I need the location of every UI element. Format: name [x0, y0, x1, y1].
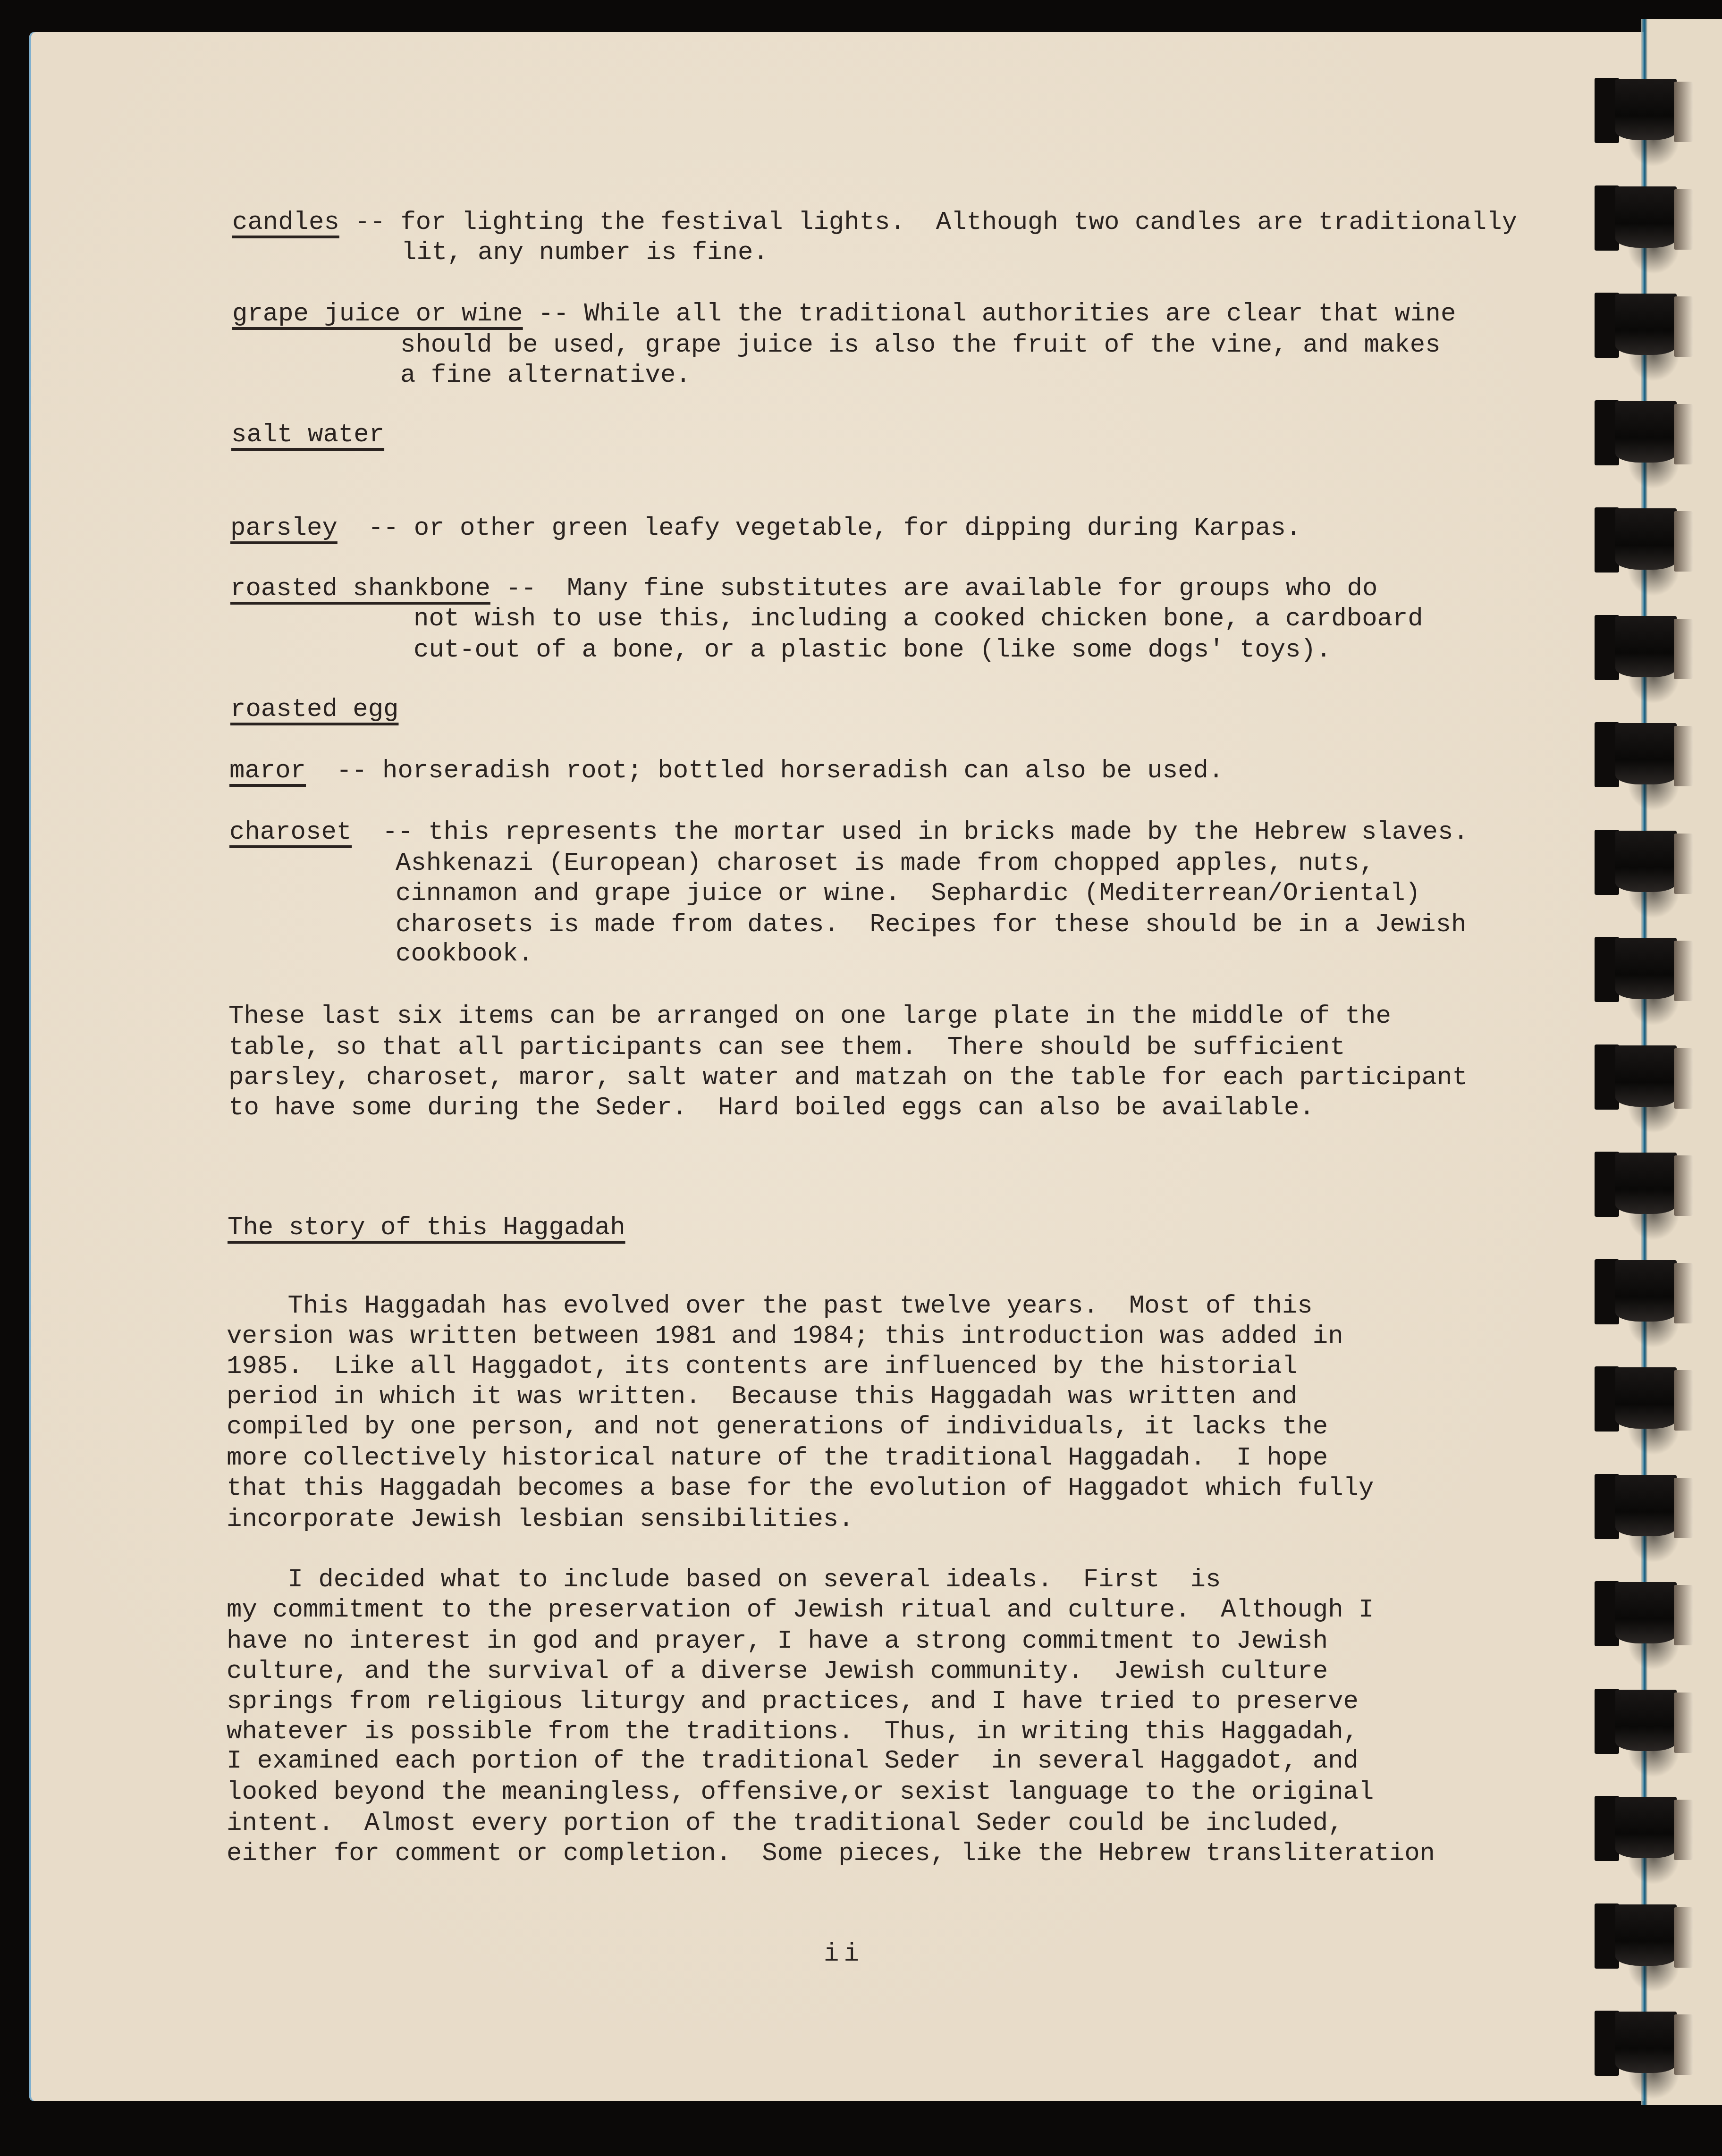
item-description-cont: a fine alternative. — [400, 361, 691, 391]
page-number: ii — [824, 1940, 864, 1969]
paragraph-line: These last six items can be arranged on … — [228, 1002, 1391, 1032]
binding-ring-icon — [1595, 1689, 1689, 1755]
item-term: charoset — [229, 818, 352, 847]
paragraph-line: culture, and the survival of a diverse J… — [227, 1657, 1328, 1687]
item-parsley: parsley -- or other green leafy vegetabl… — [230, 514, 1301, 544]
binding-ring-icon — [1595, 615, 1689, 681]
binding-ring-icon — [1595, 1474, 1689, 1540]
item-term: parsley — [230, 514, 338, 543]
item-description: -- While all the traditional authorities… — [523, 300, 1456, 328]
paragraph-line: my commitment to the preservation of Jew… — [227, 1595, 1374, 1625]
paragraph-line: either for comment or completion. Some p… — [227, 1839, 1435, 1869]
item-description-cont: cut-out of a bone, or a plastic bone (li… — [414, 635, 1331, 665]
binding-ring-icon — [1595, 78, 1689, 144]
paragraph-line: table, so that all participants can see … — [228, 1033, 1345, 1063]
item-term: roasted egg — [230, 695, 398, 724]
paragraph-line: I decided what to include based on sever… — [227, 1565, 1221, 1595]
paragraph-line: looked beyond the meaningless, offensive… — [227, 1777, 1374, 1808]
binding-ring-icon — [1595, 2011, 1689, 2077]
item-description-cont: should be used, grape juice is also the … — [400, 330, 1441, 361]
binding-ring-icon — [1595, 1366, 1689, 1432]
paragraph-line: This Haggadah has evolved over the past … — [227, 1291, 1313, 1322]
paragraph-line: version was written between 1981 and 198… — [227, 1322, 1343, 1352]
binding-ring-icon — [1595, 185, 1689, 252]
item-maror: maror -- horseradish root; bottled horse… — [229, 756, 1224, 786]
item-description-cont: cinnamon and grape juice or wine. Sephar… — [396, 879, 1420, 909]
paragraph-line: parsley, charoset, maror, salt water and… — [228, 1063, 1468, 1093]
paragraph-line: to have some during the Seder. Hard boil… — [228, 1093, 1315, 1123]
binding-ring-icon — [1595, 507, 1689, 573]
binding-ring-icon — [1595, 1796, 1689, 1862]
binding-ring-icon — [1595, 722, 1689, 788]
item-description-cont: Ashkenazi (European) charoset is made fr… — [396, 849, 1375, 879]
item-description-cont: charosets is made from dates. Recipes fo… — [396, 910, 1466, 940]
section-heading-text: The story of this Haggadah — [228, 1213, 625, 1242]
item-term: candles — [232, 208, 339, 237]
item-term: grape juice or wine — [232, 300, 523, 328]
binding-ring-icon — [1595, 830, 1689, 896]
item-description: -- for lighting the festival lights. Alt… — [339, 208, 1517, 237]
item-term: maror — [229, 757, 306, 785]
binding-ring-icon — [1595, 293, 1689, 359]
binding-ring-icon — [1595, 1259, 1689, 1325]
paragraph-line: whatever is possible from the traditions… — [227, 1717, 1359, 1747]
binding-ring-icon — [1595, 1581, 1689, 1647]
item-description-cont: lit, any number is fine. — [401, 238, 768, 268]
paragraph-line: that this Haggadah becomes a base for th… — [227, 1474, 1374, 1504]
item-charoset: charoset -- this represents the mortar u… — [229, 817, 1469, 848]
paragraph-line: springs from religious liturgy and pract… — [227, 1687, 1359, 1717]
paragraph-line: have no interest in god and prayer, I ha… — [227, 1626, 1328, 1657]
binding-ring-icon — [1595, 1044, 1689, 1111]
binding-ring-icon — [1595, 1152, 1689, 1218]
item-roasted-egg: roasted egg — [230, 695, 398, 725]
item-term: salt water — [231, 421, 384, 449]
item-description-cont: cookbook. — [396, 939, 533, 969]
binding-ring-icon — [1595, 1903, 1689, 1970]
paragraph-line: incorporate Jewish lesbian sensibilities… — [227, 1505, 854, 1535]
item-description: -- or other green leafy vegetable, for d… — [338, 514, 1301, 543]
section-heading: The story of this Haggadah — [228, 1213, 625, 1243]
binding-ring-icon — [1595, 937, 1689, 1003]
item-grape-juice: grape juice or wine -- While all the tra… — [232, 299, 1456, 329]
binding-ring-icon — [1595, 400, 1689, 466]
item-roasted-shankbone: roasted shankbone -- Many fine substitut… — [230, 574, 1377, 604]
item-description-cont: not wish to use this, including a cooked… — [414, 604, 1423, 634]
paragraph-line: more collectively historical nature of t… — [227, 1443, 1328, 1474]
paragraph-line: 1985. Like all Haggadot, its contents ar… — [227, 1352, 1297, 1382]
paragraph-line: compiled by one person, and not generati… — [227, 1412, 1328, 1442]
paragraph-line: intent. Almost every portion of the trad… — [227, 1809, 1343, 1839]
item-salt-water: salt water — [231, 420, 384, 450]
item-description: -- this represents the mortar used in br… — [352, 818, 1469, 847]
item-description: -- horseradish root; bottled horseradish… — [306, 757, 1224, 785]
item-candles: candles -- for lighting the festival lig… — [232, 208, 1517, 238]
item-description: -- Many fine substitutes are available f… — [490, 574, 1378, 603]
item-term: roasted shankbone — [230, 574, 490, 603]
paragraph-line: I examined each portion of the tradition… — [227, 1746, 1359, 1777]
paragraph-line: period in which it was written. Because … — [227, 1382, 1297, 1412]
